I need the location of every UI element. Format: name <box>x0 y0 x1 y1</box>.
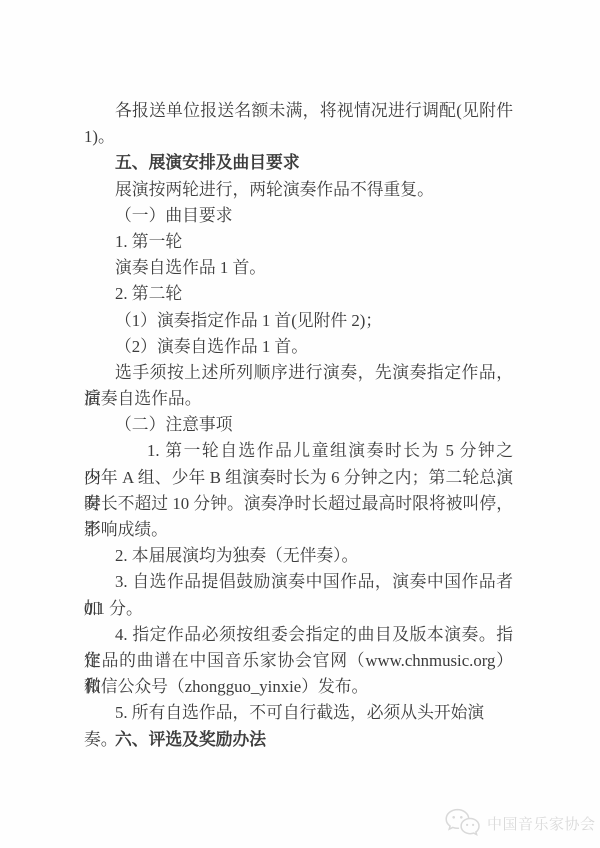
doc-line: 2. 本届展演均为独奏（无伴奏）。 <box>84 543 513 569</box>
doc-line: 3. 自选作品提倡鼓励演奏中国作品，演奏中国作品者加 <box>84 569 513 595</box>
doc-line: 展演按两轮进行，两轮演奏作品不得重复。 <box>84 177 513 203</box>
doc-line: 1. 第一轮 <box>84 229 513 255</box>
doc-line: 选手须按上述所列顺序进行演奏，先演奏指定作品，后 <box>84 360 513 386</box>
doc-line: 演奏自选作品。 <box>84 386 513 412</box>
doc-line: 4. 指定作品必须按组委会指定的曲目及版本演奏。指定 <box>84 622 513 648</box>
doc-line: 演奏自选作品 1 首。 <box>84 255 513 281</box>
section-heading: 五、展演安排及曲目要求 <box>84 150 513 176</box>
doc-line: 影响成绩。 <box>84 517 513 543</box>
subsection-heading: （一）曲目要求 <box>84 203 513 229</box>
watermark-label: 中国音乐家协会 <box>487 813 596 834</box>
doc-line: 少年 A 组、少年 B 组演奏时长为 6 分钟之内；第二轮总演奏 <box>84 465 513 491</box>
document-body: 各报送单位报送名额未满，将视情况进行调配(见附件 1)。 五、展演安排及曲目要求… <box>84 98 513 753</box>
section-heading: 六、评选及奖励办法 <box>84 727 513 753</box>
doc-line: 时长不超过 10 分钟。演奏净时长超过最高时限将被叫停，不 <box>84 491 513 517</box>
doc-line: 5. 所有自选作品，不可自行截选，必须从头开始演奏。 <box>84 700 513 726</box>
doc-line: 0.1 分。 <box>84 596 513 622</box>
doc-line: 各报送单位报送名额未满，将视情况进行调配(见附件 <box>84 98 513 124</box>
doc-line: 1. 第一轮自选作品儿童组演奏时长为 5 分钟之内， <box>84 438 513 464</box>
doc-line: （2）演奏自选作品 1 首。 <box>84 334 513 360</box>
doc-line: 2. 第二轮 <box>84 281 513 307</box>
subsection-heading: （二）注意事项 <box>84 412 513 438</box>
doc-line: 微信公众号（zhongguo_yinxie）发布。 <box>84 674 513 700</box>
wechat-icon <box>443 807 481 839</box>
doc-line: （1）演奏指定作品 1 首(见附件 2)； <box>84 308 513 334</box>
document-page: 各报送单位报送名额未满，将视情况进行调配(见附件 1)。 五、展演安排及曲目要求… <box>0 0 600 848</box>
doc-line: 作品的曲谱在中国音乐家协会官网（www.chnmusic.org）和 <box>84 648 513 674</box>
watermark: 中国音乐家协会 <box>443 806 596 840</box>
doc-line: 1)。 <box>84 124 513 150</box>
